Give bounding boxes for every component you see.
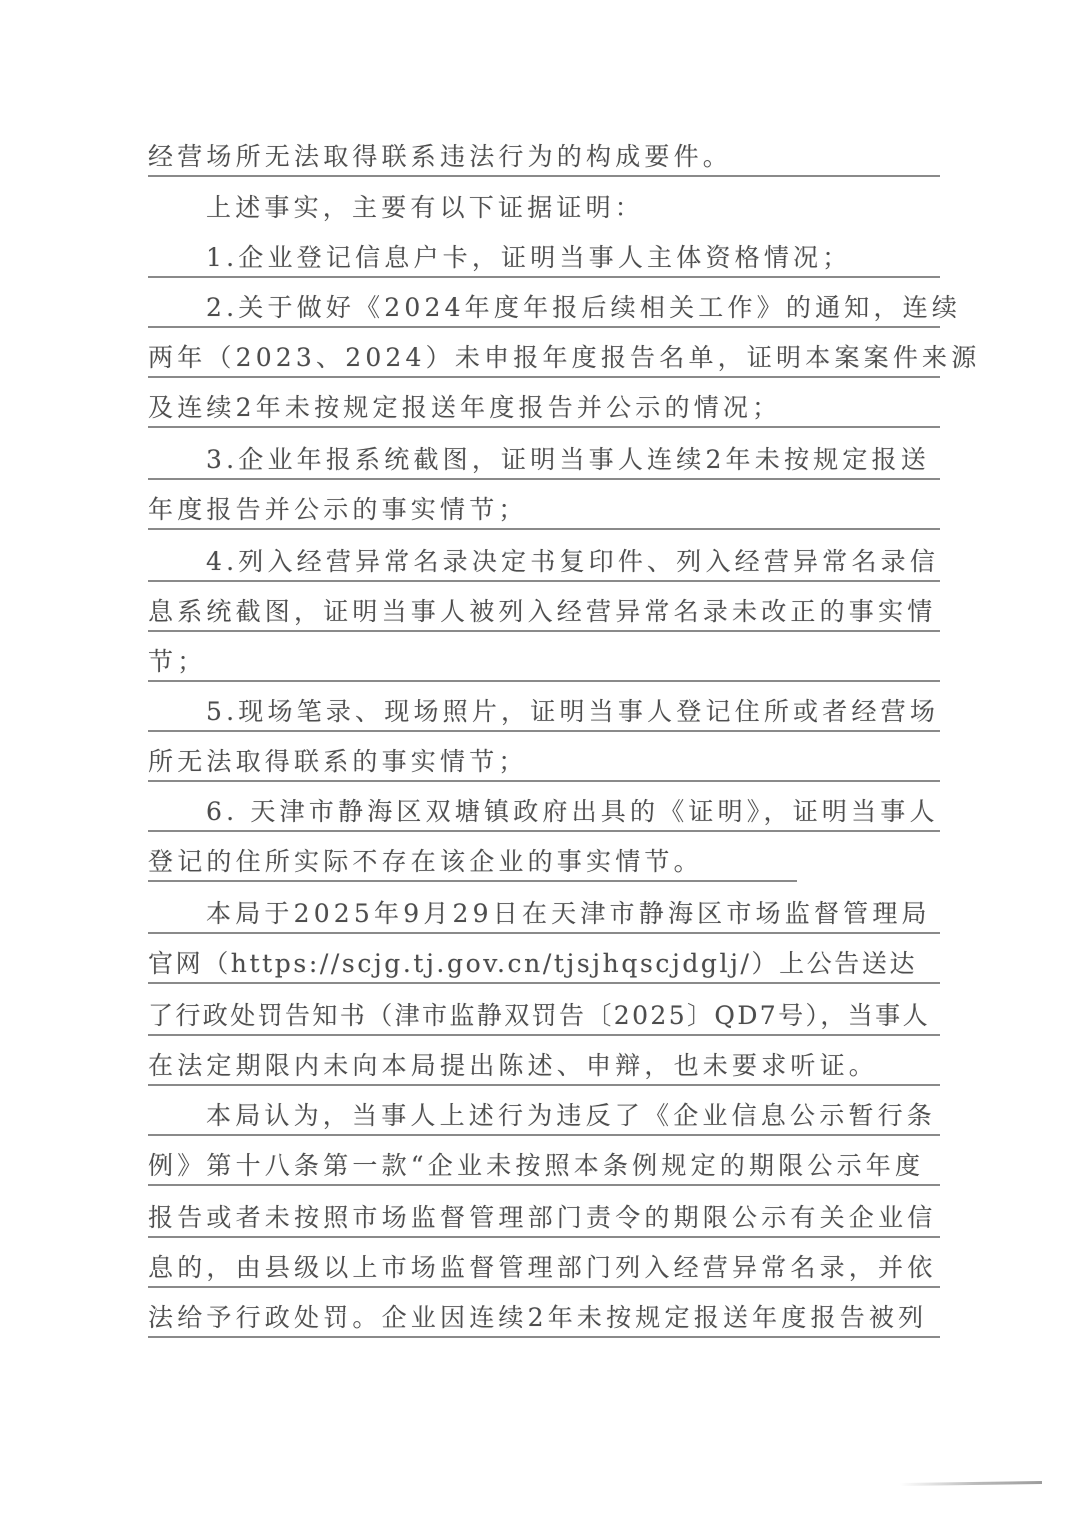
conclusion-paragraph-line-2: 例》第十八条第一款“企业未按照本条例规定的期限公示年度 bbox=[148, 1146, 940, 1186]
conclusion-paragraph-line-3: 报告或者未按照市场监督管理部门责令的期限公示有关企业信 bbox=[148, 1198, 940, 1238]
conclusion-paragraph-line-1: 本局认为，当事人上述行为违反了《企业信息公示暂行条 bbox=[148, 1096, 940, 1136]
notice-paragraph-line-1: 本局于2025年9月29日在天津市静海区市场监督管理局 bbox=[148, 894, 940, 934]
evidence-item-4-line-2: 息系统截图，证明当事人被列入经营异常名录未改正的事实情 bbox=[148, 592, 940, 632]
evidence-item-5-line-1: 5.现场笔录、现场照片，证明当事人登记住所或者经营场 bbox=[148, 692, 940, 732]
notice-paragraph-line-4: 在法定期限内未向本局提出陈述、申辩，也未要求听证。 bbox=[148, 1046, 940, 1086]
evidence-item-6-line-2: 登记的住所实际不存在该企业的事实情节。 bbox=[148, 842, 940, 882]
conclusion-paragraph-line-4: 息的，由县级以上市场监督管理部门列入经营异常名录，并依 bbox=[148, 1248, 940, 1288]
evidence-item-3-line-1: 3.企业年报系统截图，证明当事人连续2年未按规定报送 bbox=[148, 440, 940, 480]
evidence-item-6-line-1: 6. 天津市静海区双塘镇政府出具的《证明》，证明当事人 bbox=[148, 792, 940, 832]
evidence-item-4-line-3: 节； bbox=[148, 642, 940, 682]
evidence-item-2-line-3: 及连续2年未按规定报送年度报告并公示的情况； bbox=[148, 388, 940, 428]
notice-paragraph-line-2: 官网（https://scjg.tj.gov.cn/tjsjhqscjdglj/… bbox=[148, 944, 940, 984]
notice-paragraph-line-3: 了行政处罚告知书（津市监静双罚告〔2025〕QD7号），当事人 bbox=[148, 996, 940, 1036]
text-line-1: 经营场所无法取得联系违法行为的构成要件。 bbox=[148, 137, 940, 177]
evidence-item-4-line-1: 4.列入经营异常名录决定书复印件、列入经营异常名录信 bbox=[148, 542, 940, 582]
text-line-evidence-intro: 上述事实，主要有以下证据证明： bbox=[148, 188, 940, 228]
scanned-document-page: 经营场所无法取得联系违法行为的构成要件。 上述事实，主要有以下证据证明： 1.企… bbox=[0, 0, 1074, 1516]
evidence-item-5-line-2: 所无法取得联系的事实情节； bbox=[148, 742, 940, 782]
evidence-item-2-line-1: 2.关于做好《2024年度年报后续相关工作》的通知，连续 bbox=[148, 288, 940, 328]
evidence-item-2-line-2: 两年（2023、2024）未申报年度报告名单，证明本案案件来源 bbox=[148, 338, 940, 378]
scan-artifact-mark bbox=[900, 1481, 1042, 1486]
evidence-item-3-line-2: 年度报告并公示的事实情节； bbox=[148, 490, 940, 530]
conclusion-paragraph-line-5: 法给予行政处罚。企业因连续2年未按规定报送年度报告被列 bbox=[148, 1298, 940, 1338]
evidence-item-1: 1.企业登记信息户卡，证明当事人主体资格情况； bbox=[148, 238, 940, 278]
